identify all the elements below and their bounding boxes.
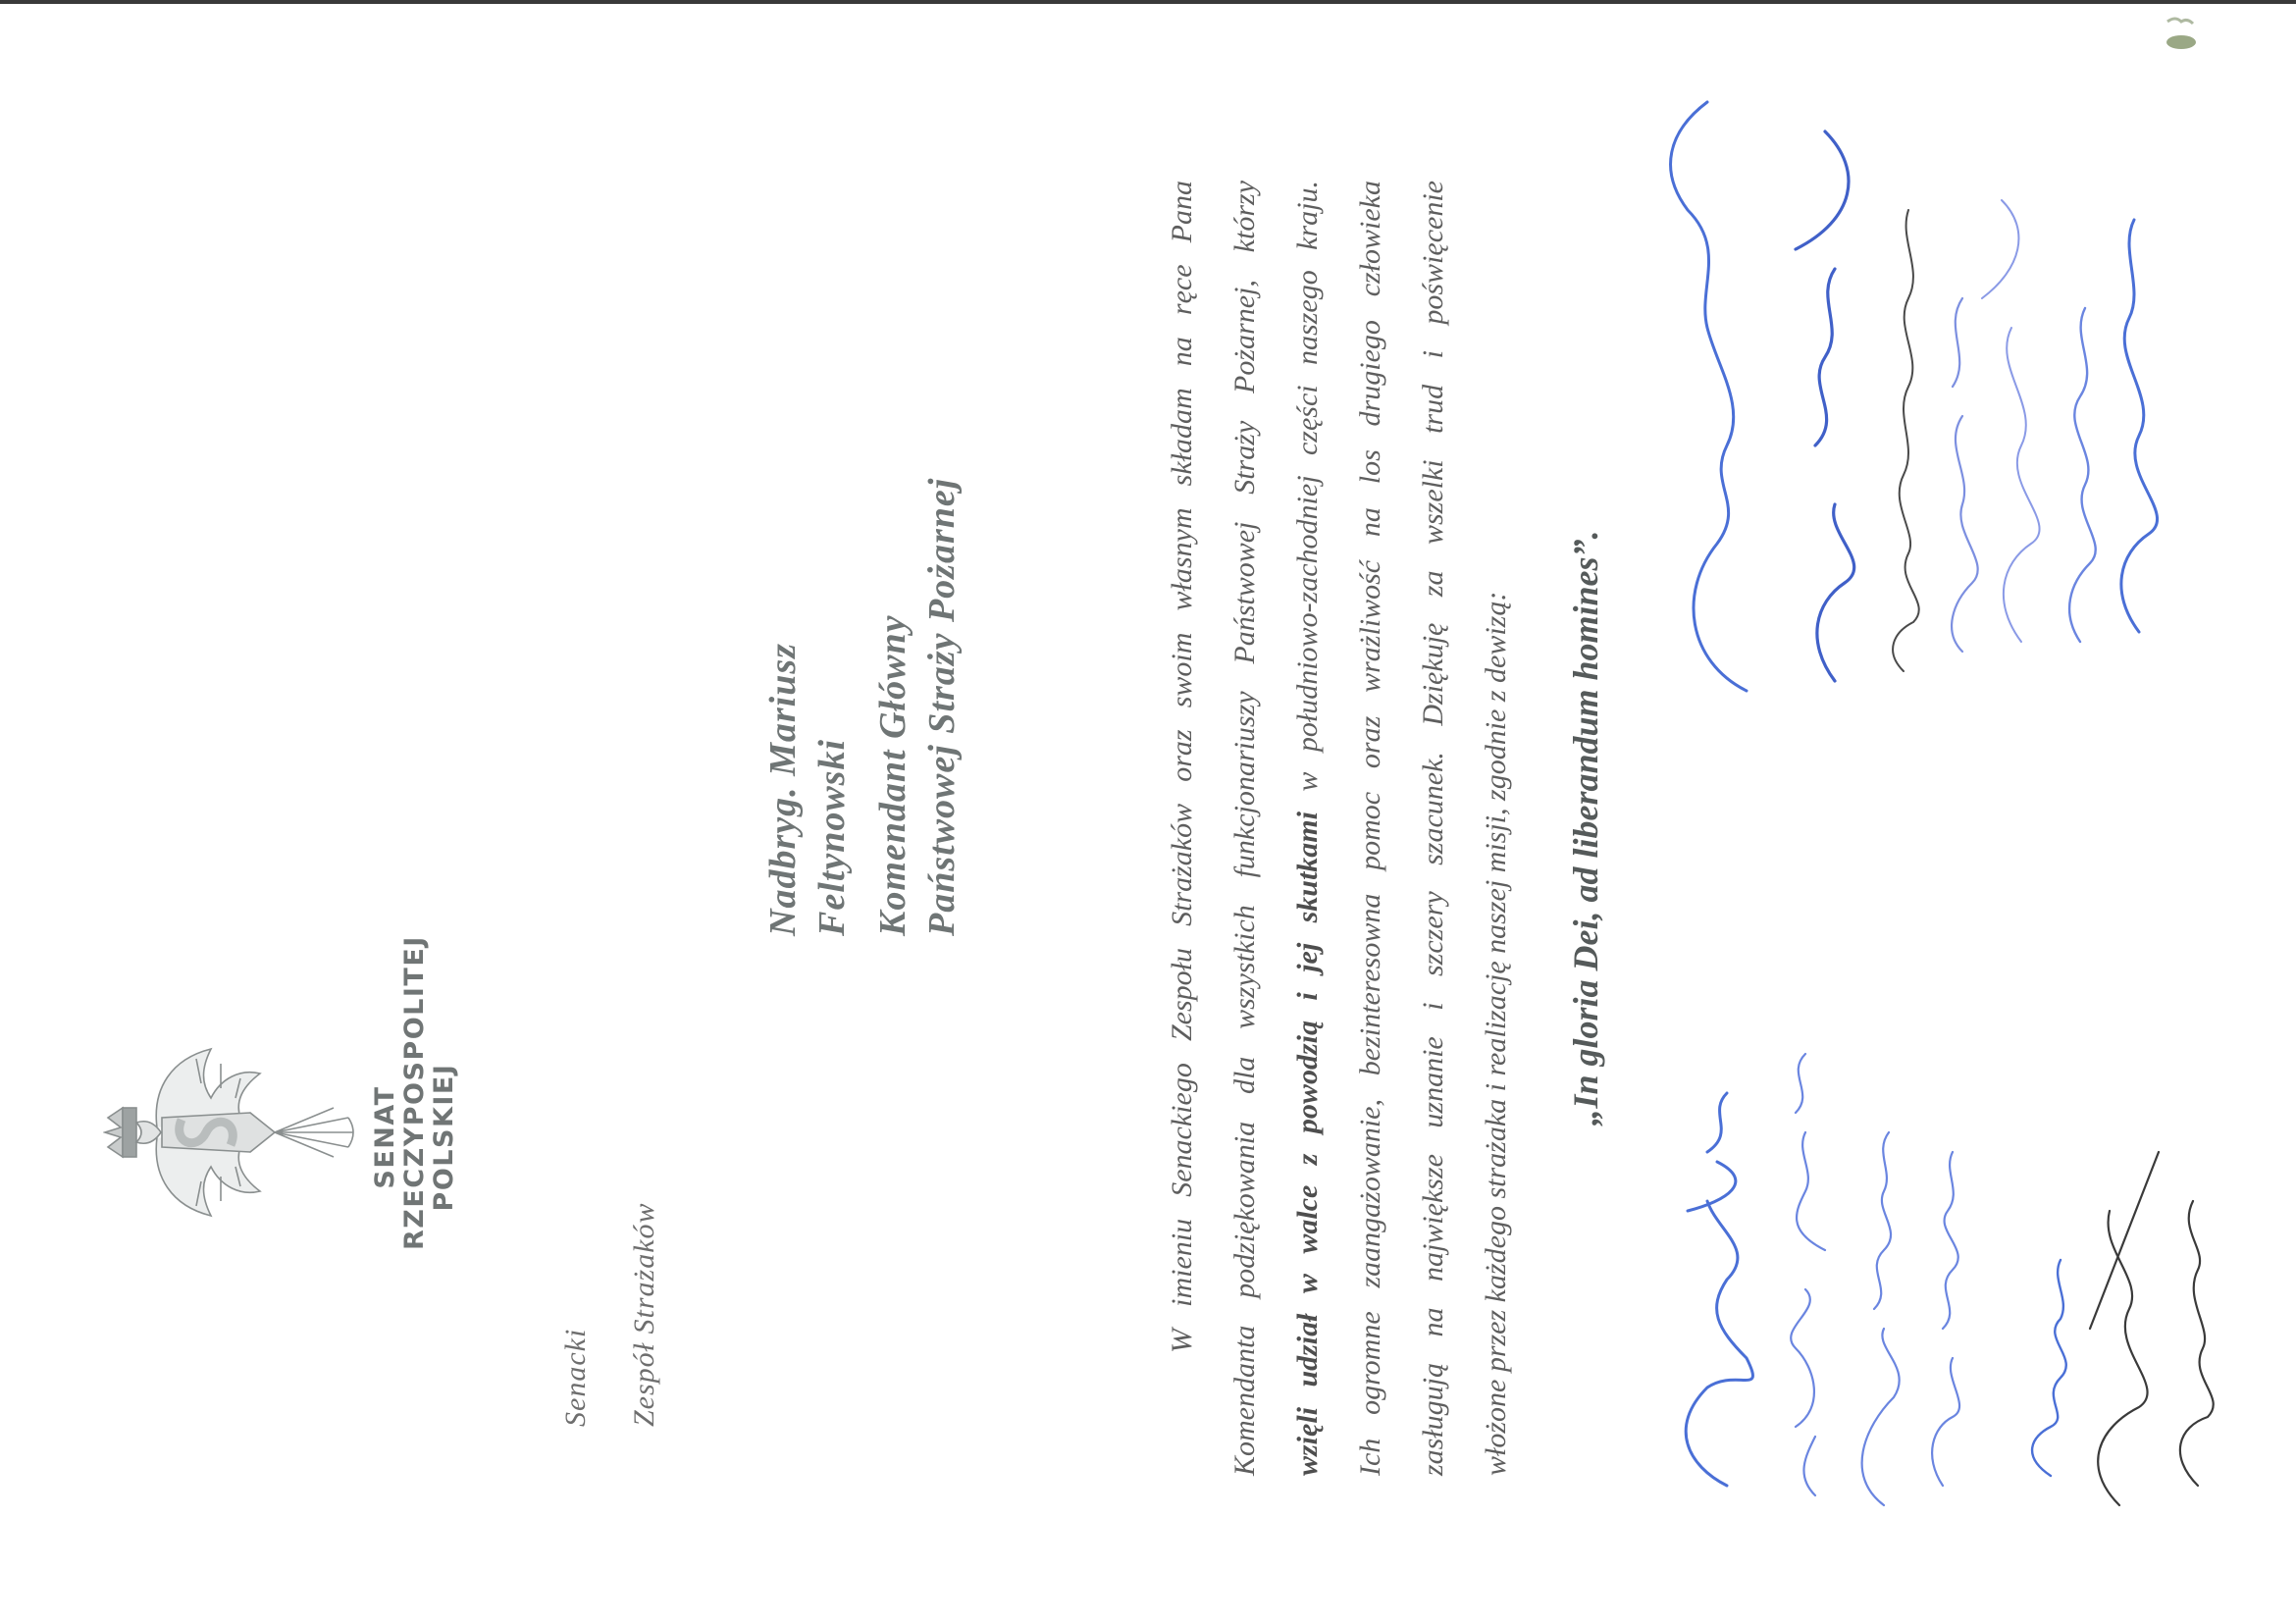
scan-top-border <box>0 0 2296 4</box>
body-paragraph-line: wzięli udział w walce z powodzią i jej s… <box>1291 181 1325 1476</box>
sender-line: Senacki <box>559 1329 593 1427</box>
senate-eagle-icon <box>103 1029 358 1235</box>
letter-page: SENAT RZECZYPOSPOLITEJ POLSKIEJ Senacki … <box>0 0 2296 1623</box>
addressee-name: Nadbryg. Mariusz <box>763 643 803 936</box>
motto: „In gloria Dei, ad liberandum homines”. <box>1565 181 1606 1476</box>
letterhead-line: POLSKIEJ <box>430 1024 459 1250</box>
addressee-title: Państwowej Straży Pożarnej <box>922 478 962 936</box>
addressee-name: Feltynowski <box>812 739 852 936</box>
body-paragraph-line: W imieniu Senackiego Zespołu Strażaków o… <box>1166 181 1199 1353</box>
stain-mark <box>2154 10 2213 54</box>
body-paragraph-line: Komendanta podziękowania dla wszystkich … <box>1228 181 1262 1476</box>
letterhead-title: SENAT RZECZYPOSPOLITEJ POLSKIEJ <box>371 1024 459 1250</box>
letterhead-line: SENAT <box>371 1024 400 1250</box>
body-paragraph-line: włożone przez każdego strażaka i realiza… <box>1480 592 1513 1476</box>
letterhead-line: RZECZYPOSPOLITEJ <box>400 1024 430 1250</box>
addressee-title: Komendant Główny <box>873 615 913 936</box>
signatures-area <box>1648 0 2296 1623</box>
body-paragraph-line: zasługują na największe uznanie i szczer… <box>1417 181 1450 1476</box>
sender-line: Zespół Strażaków <box>628 1202 661 1427</box>
body-paragraph-line: Ich ogromne zaangażowanie, bezinteresown… <box>1354 181 1387 1476</box>
